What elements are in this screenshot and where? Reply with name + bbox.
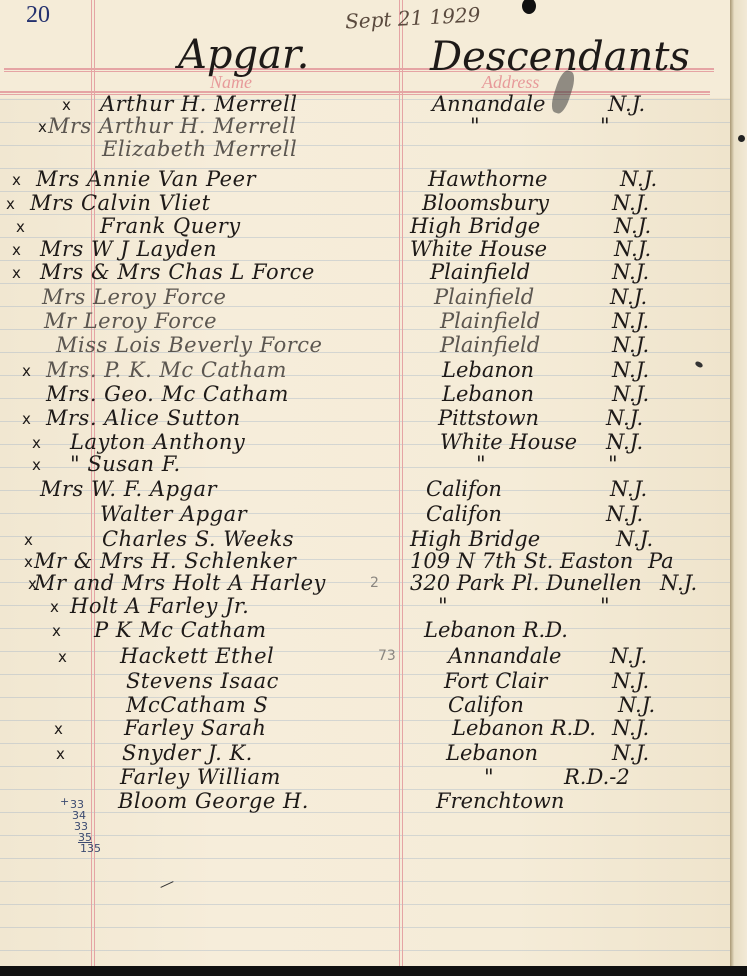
entry-state: R.D.-2 <box>564 765 630 789</box>
entry-address: White House <box>410 237 547 261</box>
table-row: Mrs W. F. ApgarCalifonN.J. <box>0 481 730 504</box>
entry-state: N.J. <box>616 527 653 551</box>
entry-state: N.J. <box>612 358 649 382</box>
entry-name: Mrs W J Layden <box>40 237 217 261</box>
entry-name: Mrs. Alice Sutton <box>46 406 241 430</box>
entry-state: Pa <box>648 549 674 573</box>
entry-address: Plainfield <box>440 309 540 333</box>
column-header-name: Name <box>210 72 252 93</box>
table-row: xP K Mc CathamLebanon R.D. <box>0 622 730 645</box>
entry-state: N.J. <box>612 716 649 740</box>
entry-name: Walter Apgar <box>100 502 247 526</box>
entry-address: Plainfield <box>434 285 534 309</box>
table-row: Miss Lois Beverly ForcePlainfieldN.J. <box>0 337 730 360</box>
entry-name: Farley Sarah <box>124 716 266 740</box>
table-row: Farley William"R.D.-2 <box>0 769 730 792</box>
entry-name: Farley William <box>120 765 281 789</box>
entry-address: 109 N 7th St. Easton <box>410 549 633 573</box>
entry-name: Miss Lois Beverly Force <box>56 333 322 357</box>
entry-name: P K Mc Catham <box>94 618 267 642</box>
entry-state: N.J. <box>606 430 643 454</box>
entry-name: Mrs Annie Van Peer <box>36 167 256 191</box>
table-row: xFarley SarahLebanon R.D.N.J. <box>0 720 730 743</box>
entry-address: Lebanon R.D. <box>424 618 568 642</box>
entry-name: Mrs. P. K. Mc Catham <box>46 358 287 382</box>
entry-name: Mrs Leroy Force <box>42 285 226 309</box>
entry-name: Arthur H. Merrell <box>100 92 297 116</box>
entry-name: Bloom George H. <box>118 789 309 813</box>
entry-address: Bloomsbury <box>422 191 549 215</box>
check-mark: x <box>56 745 65 763</box>
entry-state: N.J. <box>612 382 649 406</box>
table-row: Bloom George H.Frenchtown <box>0 793 730 816</box>
table-row: xMrs & Mrs Chas L ForcePlainfieldN.J. <box>0 264 730 287</box>
entry-state: N.J. <box>610 644 647 668</box>
check-mark: x <box>22 362 31 380</box>
check-mark: x <box>6 195 15 213</box>
entry-name: Snyder J. K. <box>122 741 253 765</box>
entry-address: White House <box>440 430 577 454</box>
entry-state: N.J. <box>612 309 649 333</box>
entry-name: Holt A Farley Jr. <box>70 594 249 618</box>
entry-name: Elizabeth Merrell <box>102 137 297 161</box>
column-header-address: Address <box>482 72 539 93</box>
entry-address: Annandale <box>432 92 545 116</box>
entry-address: " <box>476 452 486 476</box>
entry-name: Mrs Arthur H. Merrell <box>48 114 296 138</box>
check-mark: x <box>54 720 63 738</box>
entry-address: Plainfield <box>430 260 530 284</box>
entry-name: Layton Anthony <box>70 430 245 454</box>
entry-state: N.J. <box>612 669 649 693</box>
check-mark: x <box>22 410 31 428</box>
page-bottom-edge <box>0 966 747 976</box>
check-mark: x <box>24 553 33 571</box>
check-mark: x <box>50 598 59 616</box>
entry-name: " Susan F. <box>70 452 181 476</box>
entry-address: High Bridge <box>410 527 540 551</box>
entry-state: N.J. <box>612 333 649 357</box>
entry-state: " <box>600 114 610 138</box>
entry-address: Califon <box>448 693 524 717</box>
book-binding <box>730 0 747 966</box>
entry-address: Frenchtown <box>436 789 564 813</box>
entry-state: N.J. <box>618 693 655 717</box>
check-mark: x <box>62 96 71 114</box>
margin-note: 73 <box>378 648 396 664</box>
entry-address: Hawthorne <box>428 167 547 191</box>
entry-state: N.J. <box>610 285 647 309</box>
ledger-title-descendants: Descendants <box>430 34 690 80</box>
entry-state: " <box>608 452 618 476</box>
entry-name: Mrs & Mrs Chas L Force <box>40 260 315 284</box>
entry-state: N.J. <box>620 167 657 191</box>
entry-state: N.J. <box>612 191 649 215</box>
entry-name: Hackett Ethel <box>120 644 274 668</box>
entry-address: Lebanon <box>446 741 538 765</box>
check-mark: x <box>32 434 41 452</box>
entry-address: Lebanon R.D. <box>452 716 596 740</box>
table-row: x" Susan F."" <box>0 456 730 479</box>
entry-state: N.J. <box>612 260 649 284</box>
table-row: Elizabeth Merrell <box>0 141 730 164</box>
entry-name: Stevens Isaac <box>126 669 279 693</box>
entry-name: Mr Leroy Force <box>44 309 217 333</box>
entry-address: " <box>484 765 494 789</box>
entry-address: Califon <box>426 477 502 501</box>
check-mark: x <box>12 171 21 189</box>
entry-address: Fort Clair <box>444 669 547 693</box>
entry-address: 320 Park Pl. Dunellen <box>410 571 642 595</box>
tally-total: 135 <box>80 843 101 854</box>
entry-name: McCatham S <box>126 693 268 717</box>
entry-name: Mrs W. F. Apgar <box>40 477 217 501</box>
entry-address: " <box>470 114 480 138</box>
check-mark: x <box>16 218 25 236</box>
entry-address: Pittstown <box>438 406 539 430</box>
margin-note: 2 <box>370 575 379 591</box>
entry-name: Mrs Calvin Vliet <box>30 191 211 215</box>
entry-address: Annandale <box>448 644 561 668</box>
entry-address: Lebanon <box>442 382 534 406</box>
check-mark: x <box>52 622 61 640</box>
entry-address: High Bridge <box>410 214 540 238</box>
check-mark: x <box>24 531 33 549</box>
entry-state: " <box>600 594 610 618</box>
tally-sum: + 33 34 33 35 135 <box>70 796 101 854</box>
entry-address: " <box>438 594 448 618</box>
table-row: xHackett EthelAnnandaleN.J.73 <box>0 648 730 671</box>
page-number: 20 <box>26 2 50 29</box>
entry-name: Mr and Mrs Holt A Harley <box>34 571 326 595</box>
check-mark: x <box>58 648 67 666</box>
entry-state: N.J. <box>606 406 643 430</box>
check-mark: x <box>32 456 41 474</box>
check-mark: x <box>12 264 21 282</box>
entry-state: N.J. <box>610 477 647 501</box>
table-row: Walter ApgarCalifonN.J. <box>0 506 730 529</box>
entry-address: Lebanon <box>442 358 534 382</box>
check-mark: x <box>38 118 47 136</box>
entry-name: Frank Query <box>100 214 241 238</box>
entry-state: N.J. <box>614 237 651 261</box>
entry-name: Charles S. Weeks <box>102 527 294 551</box>
entry-address: Califon <box>426 502 502 526</box>
entry-name: Mrs. Geo. Mc Catham <box>46 382 289 406</box>
entry-state: N.J. <box>660 571 697 595</box>
check-mark: x <box>12 241 21 259</box>
entry-address: Plainfield <box>440 333 540 357</box>
entry-state: N.J. <box>614 214 651 238</box>
ledger-page: 20 Sept 21 1929 Apgar. Descendants Name … <box>0 0 730 966</box>
ink-spot <box>738 135 745 142</box>
entry-name: Mr & Mrs H. Schlenker <box>34 549 296 573</box>
entry-state: N.J. <box>612 741 649 765</box>
entry-state: N.J. <box>608 92 645 116</box>
entry-state: N.J. <box>606 502 643 526</box>
